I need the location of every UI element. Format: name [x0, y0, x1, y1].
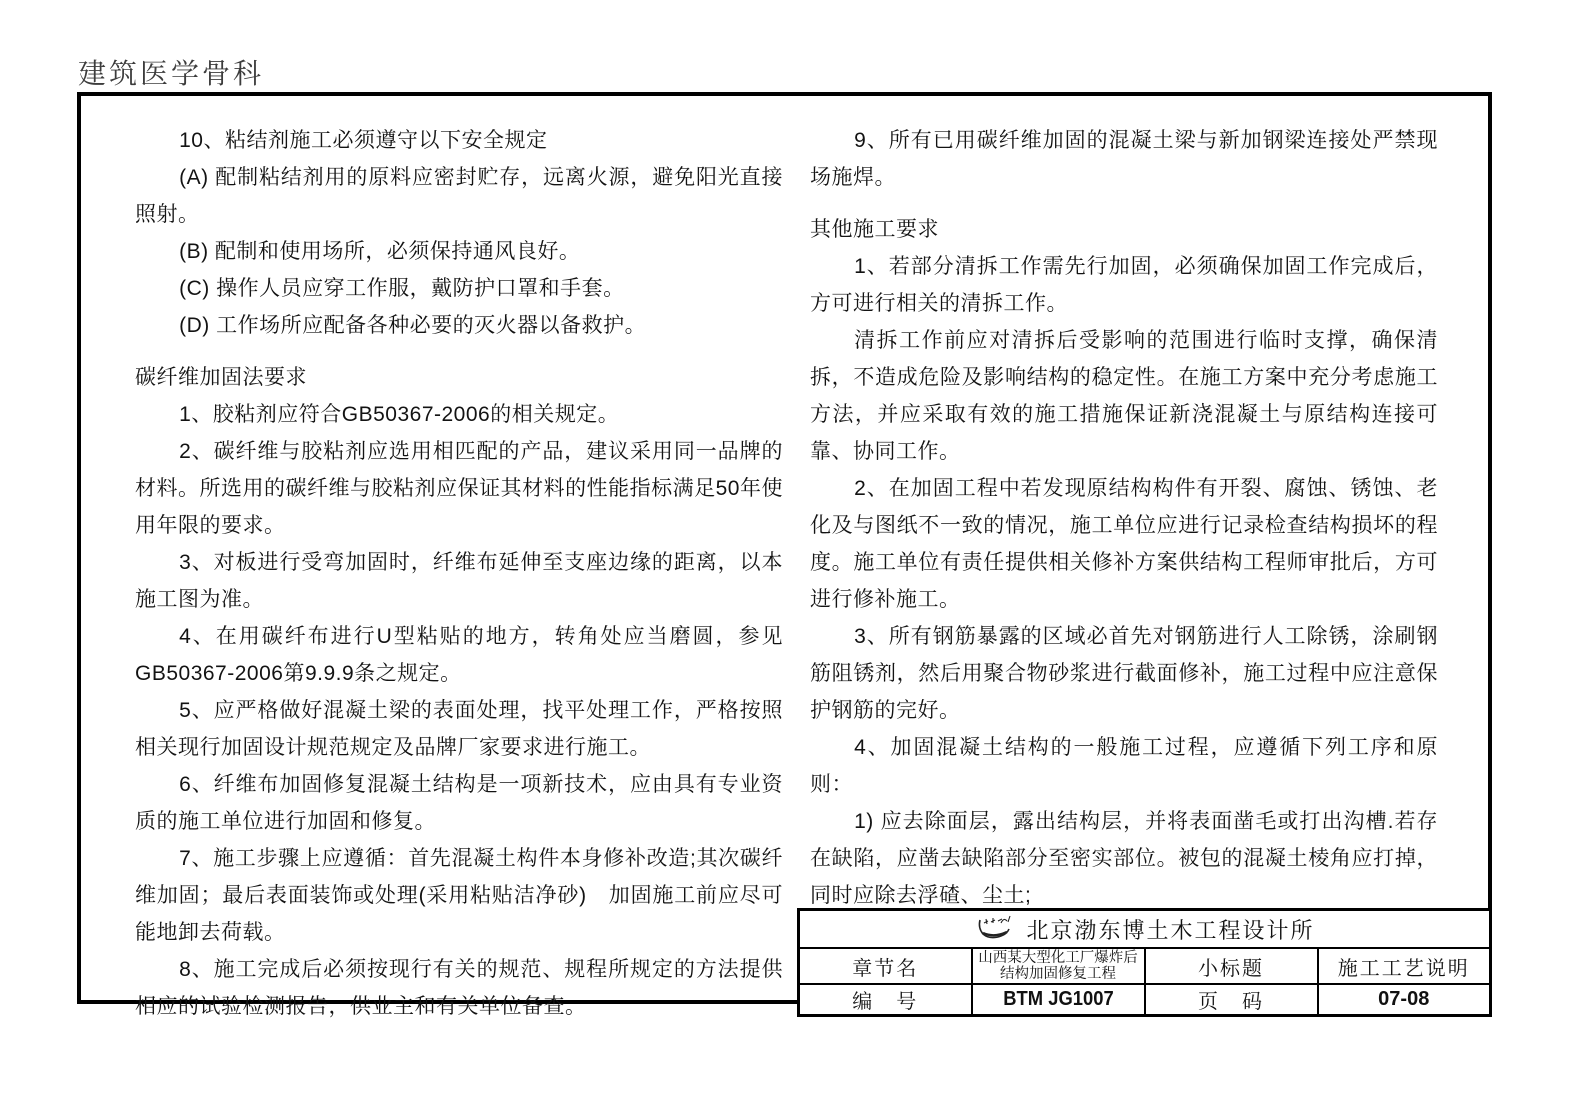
subtitle-value: 施工工艺说明	[1318, 948, 1491, 984]
paragraph: 4、加固混凝土结构的一般施工过程，应遵循下列工序和原则：	[810, 729, 1438, 803]
paragraph: (C) 操作人员应穿工作服，戴防护口罩和手套。	[135, 270, 783, 307]
page-label: 页 码	[1145, 984, 1318, 1016]
paragraph: 2、在加固工程中若发现原结构构件有开裂、腐蚀、锈蚀、老化及与图纸不一致的情况，施…	[810, 470, 1438, 618]
section-heading: 其他施工要求	[810, 211, 1438, 248]
section-heading: 碳纤维加固法要求	[135, 359, 783, 396]
paragraph: 1、若部分清拆工作需先行加固，必须确保加固工作完成后，方可进行相关的清拆工作。	[810, 248, 1438, 322]
paragraph: 2、碳纤维与胶粘剂应选用相匹配的产品，建议采用同一品牌的材料。所选用的碳纤维与胶…	[135, 433, 783, 544]
title-block-table: 北京渤东博土木工程设计所 章节名 山西某大型化工厂爆炸后 结构加固修复工程 小标…	[797, 908, 1492, 1017]
paragraph: 7、施工步骤上应遵循：首先混凝土构件本身修补改造;其次碳纤维加固；最后表面装饰或…	[135, 840, 783, 951]
paragraph: 4、在用碳纤布进行U型粘贴的地方，转角处应当磨圆，参见GB50367-2006第…	[135, 618, 783, 692]
paragraph: (B) 配制和使用场所，必须保持通风良好。	[135, 233, 783, 270]
right-column: 9、所有已用碳纤维加固的混凝土梁与新加钢梁连接处严禁现场施焊。 其他施工要求 1…	[810, 122, 1438, 914]
signature-swoosh-icon	[974, 914, 1016, 944]
document-page: 建筑医学骨科 10、粘结剂施工必须遵守以下安全规定 (A) 配制粘结剂用的原料应…	[0, 0, 1571, 1098]
paragraph: 3、所有钢筋暴露的区域必首先对钢筋进行人工除锈，涂刷钢筋阻锈剂，然后用聚合物砂浆…	[810, 618, 1438, 729]
page-header-title: 建筑医学骨科	[78, 52, 264, 92]
left-column: 10、粘结剂施工必须遵守以下安全规定 (A) 配制粘结剂用的原料应密封贮存，远离…	[135, 122, 783, 1025]
company-header-cell: 北京渤东博土木工程设计所	[799, 910, 1491, 949]
chapter-value-line1: 山西某大型化工厂爆炸后	[973, 950, 1144, 966]
paragraph: 1、胶粘剂应符合GB50367-2006的相关规定。	[135, 396, 783, 433]
chapter-label: 章节名	[799, 948, 972, 984]
paragraph: 1) 应去除面层，露出结构层，并将表面凿毛或打出沟槽.若存在缺陷，应凿去缺陷部分…	[810, 803, 1438, 914]
chapter-value-line2: 结构加固修复工程	[973, 966, 1144, 982]
paragraph: (A) 配制粘结剂用的原料应密封贮存，远离火源，避免阳光直接照射。	[135, 159, 783, 233]
paragraph: 3、对板进行受弯加固时，纤维布延伸至支座边缘的距离，以本施工图为准。	[135, 544, 783, 618]
number-value: BTM JG1007	[978, 984, 1137, 1016]
company-name: 北京渤东博土木工程设计所	[1026, 914, 1314, 945]
page-value: 07-08	[1318, 984, 1491, 1016]
paragraph: 9、所有已用碳纤维加固的混凝土梁与新加钢梁连接处严禁现场施焊。	[810, 122, 1438, 196]
chapter-value: 山西某大型化工厂爆炸后 结构加固修复工程	[972, 948, 1145, 984]
paragraph: 5、应严格做好混凝土梁的表面处理，找平处理工作，严格按照相关现行加固设计规范规定…	[135, 692, 783, 766]
paragraph: 8、施工完成后必须按现行有关的规范、规程所规定的方法提供相应的试验检测报告，供业…	[135, 951, 783, 1025]
paragraph: 6、纤维布加固修复混凝土结构是一项新技术，应由具有专业资质的施工单位进行加固和修…	[135, 766, 783, 840]
paragraph: (D) 工作场所应配备各种必要的灭火器以备救护。	[135, 307, 783, 344]
paragraph: 清拆工作前应对清拆后受影响的范围进行临时支撑，确保清拆，不造成危险及影响结构的稳…	[810, 322, 1438, 470]
number-label: 编 号	[799, 984, 972, 1016]
subtitle-label: 小标题	[1145, 948, 1318, 984]
paragraph: 10、粘结剂施工必须遵守以下安全规定	[135, 122, 783, 159]
